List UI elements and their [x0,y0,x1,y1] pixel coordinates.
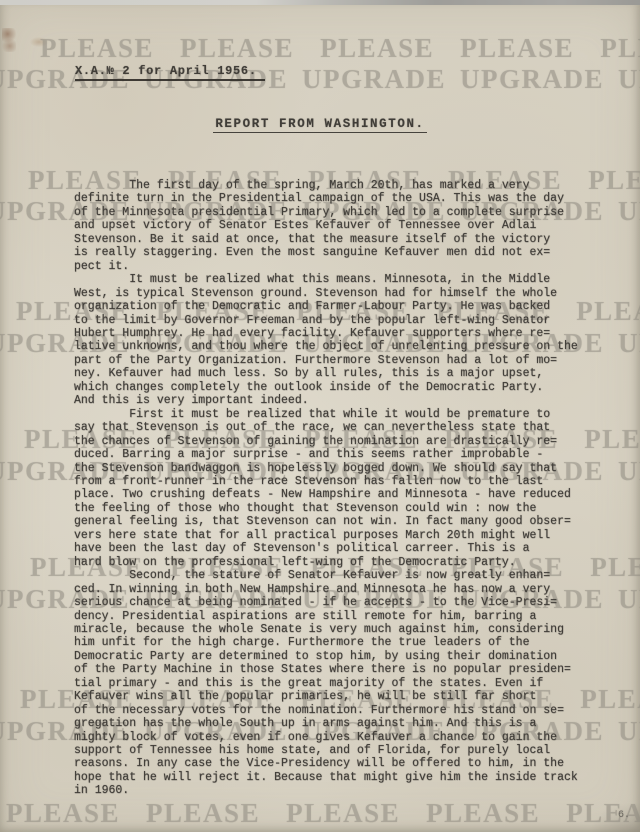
paragraph-3: First it must be realized that while it … [74,408,590,569]
document-body: The first day of the spring, March 20th,… [74,179,590,798]
paragraph-1: The first day of the spring, March 20th,… [74,179,590,273]
document-title: REPORT FROM WASHINGTON. [213,117,426,133]
paragraph-4: Second, the stature of Senator Kefauver … [74,569,590,798]
document-title-row: REPORT FROM WASHINGTON. [0,114,640,133]
paragraph-2: It must be realized what this means. Min… [74,273,590,408]
scanned-document-page: PLEASEPLEASEPLEASEPLEASEPLEASEPLEASEUPGR… [0,0,640,832]
page-number: 6. [618,810,630,821]
typed-text-layer: X.A.№ 2 for April 1956. REPORT FROM WASH… [0,0,640,832]
document-reference: X.A.№ 2 for April 1956. [75,64,265,81]
